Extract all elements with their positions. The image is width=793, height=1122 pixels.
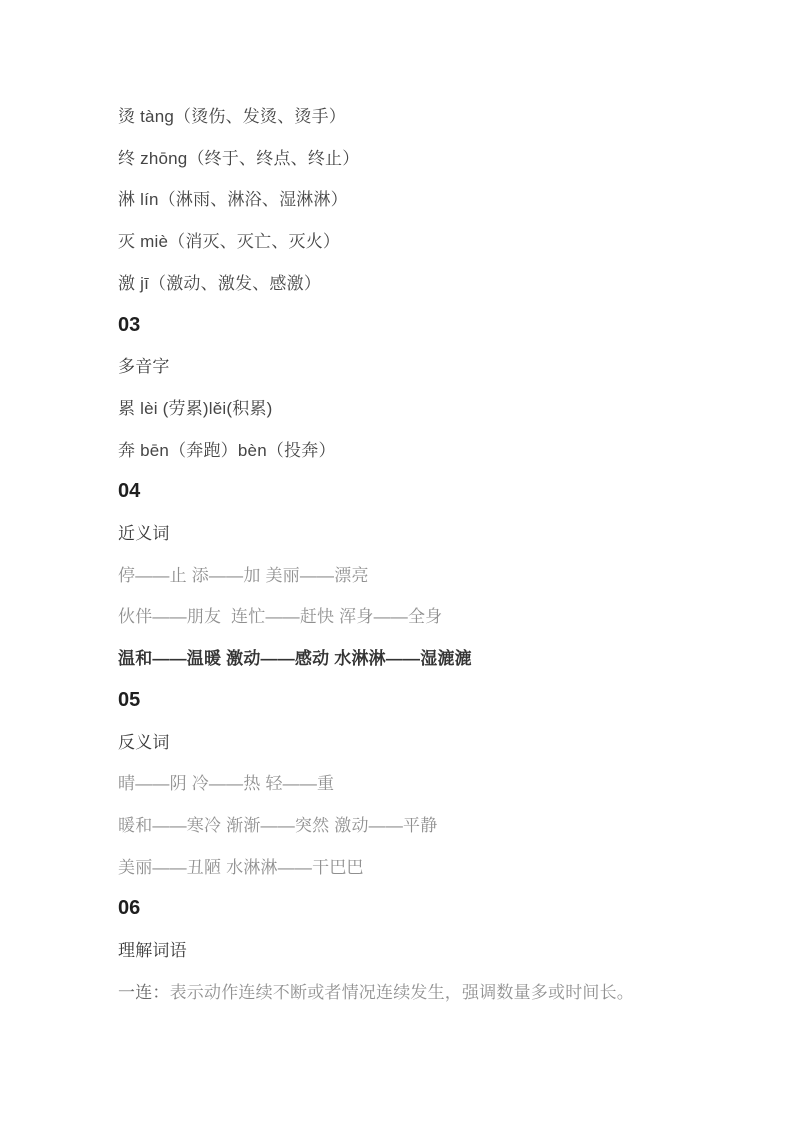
document-page: 烫 tàng（烫伤、发烫、烫手） 终 zhōng（终于、终点、终止） 淋 lín…: [0, 0, 793, 1122]
word-entry: 烫 tàng（烫伤、发烫、烫手）: [118, 96, 733, 138]
section-title: 理解词语: [118, 930, 733, 972]
definition-line: 一连：表示动作连续不断或者情况连续发生，强调数量多或时间长。: [118, 972, 733, 1014]
definition-text: 表示动作连续不断或者情况连续发生，强调数量多或时间长。: [170, 983, 634, 1002]
section-title: 近义词: [118, 513, 733, 555]
section-number: 06: [118, 888, 733, 930]
word-entry: 终 zhōng（终于、终点、终止）: [118, 138, 733, 180]
section-number: 03: [118, 305, 733, 347]
antonym-pairs-line: 晴——阴 冷——热 轻——重: [118, 763, 733, 805]
definition-term: 一连：: [118, 983, 170, 1002]
section-title: 多音字: [118, 346, 733, 388]
antonym-pairs-line: 美丽——丑陋 水淋淋——干巴巴: [118, 847, 733, 889]
multi-pronunciation-line: 累 lèi (劳累)lěi(积累): [118, 388, 733, 430]
word-entry: 激 jī（激动、激发、感激）: [118, 263, 733, 305]
section-number: 04: [118, 471, 733, 513]
section-title: 反义词: [118, 722, 733, 764]
word-entry: 淋 lín（淋雨、淋浴、湿淋淋）: [118, 179, 733, 221]
word-entry: 灭 miè（消灭、灭亡、灭火）: [118, 221, 733, 263]
section-number: 05: [118, 680, 733, 722]
antonym-pairs-line: 暖和——寒冷 渐渐——突然 激动——平静: [118, 805, 733, 847]
multi-pronunciation-line: 奔 bēn（奔跑）bèn（投奔）: [118, 430, 733, 472]
synonym-pairs-line: 伙伴——朋友 连忙——赶快 浑身——全身: [118, 596, 733, 638]
synonym-pairs-line: 温和——温暖 激动——感动 水淋淋——湿漉漉: [118, 638, 733, 680]
synonym-pairs-line: 停——止 添——加 美丽——漂亮: [118, 555, 733, 597]
